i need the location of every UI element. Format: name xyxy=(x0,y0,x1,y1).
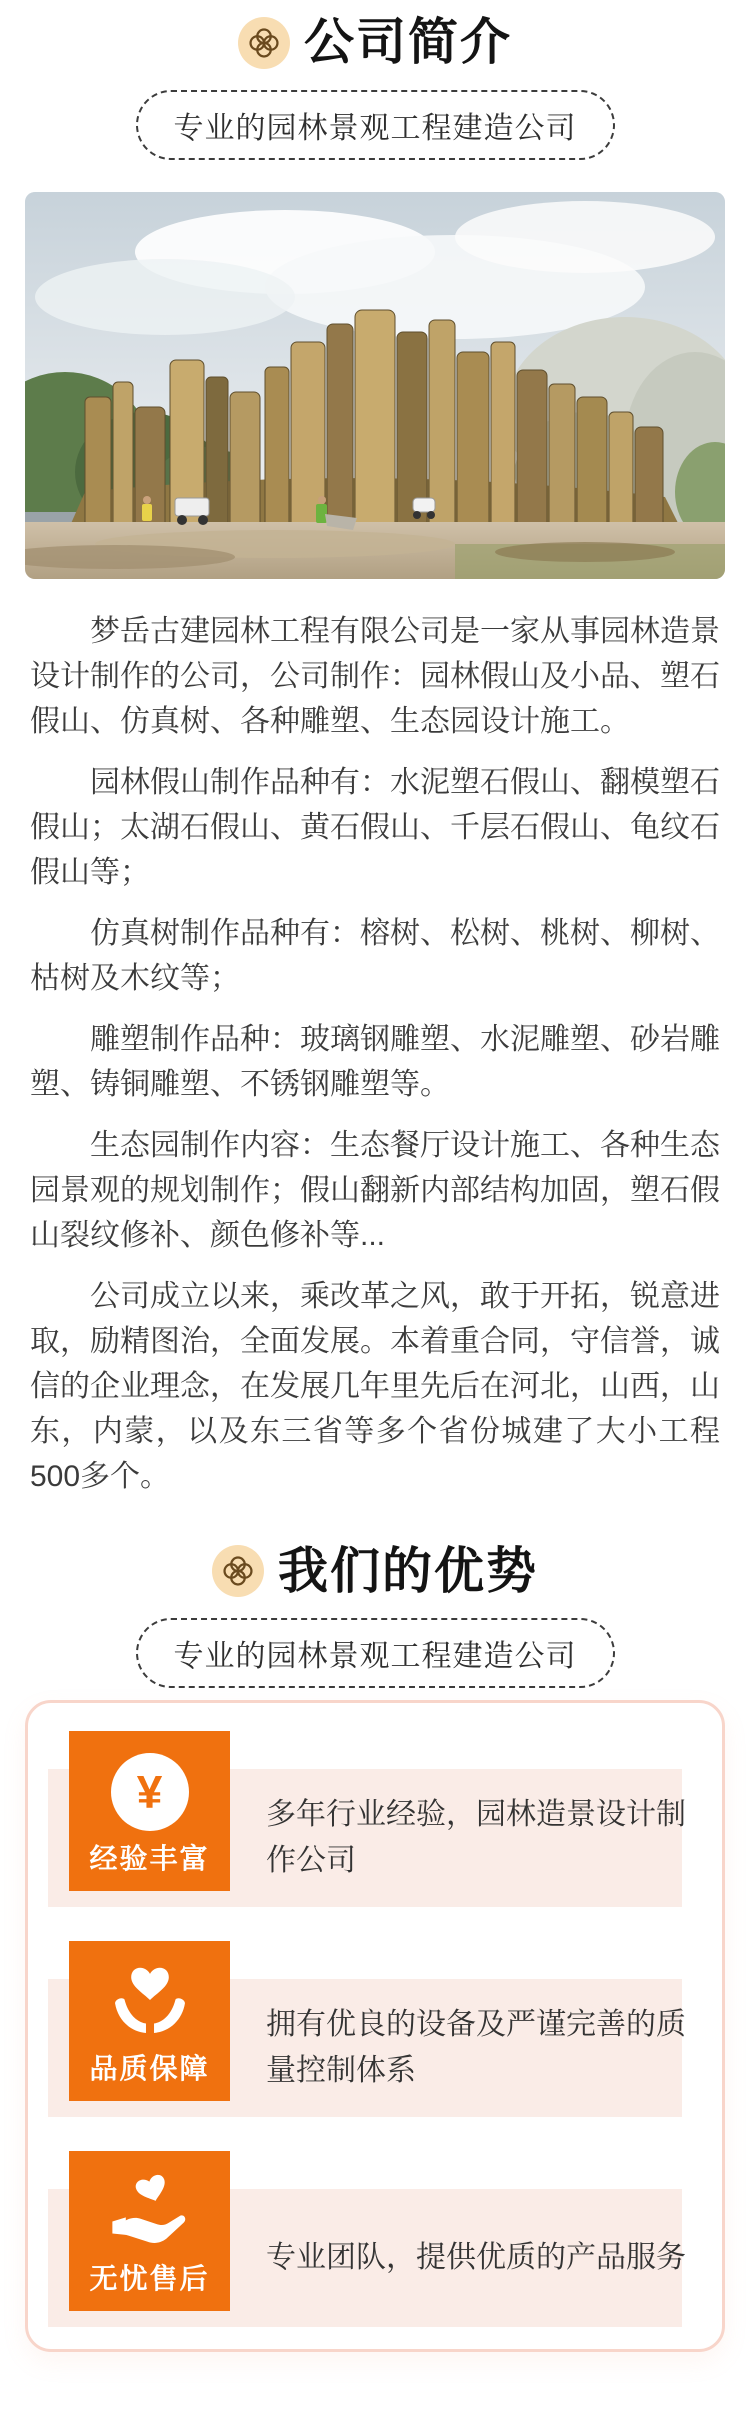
advantage-description: 拥有优良的设备及严谨完善的质量控制体系 xyxy=(266,1979,686,2117)
advantages-title: 我们的优势 xyxy=(278,1543,538,1601)
company-intro-page: 公司简介 专业的园林景观工程建造公司 xyxy=(0,0,750,2427)
advantage-description: 多年行业经验，园林造景设计制作公司 xyxy=(266,1769,686,1907)
intro-paragraph: 公司成立以来，乘改革之风，敢于开拓，锐意进取，励精图治，全面发展。本着重合同，守… xyxy=(30,1274,720,1499)
intro-paragraph: 生态园制作内容：生态餐厅设计施工、各种生态园景观的规划制作；假山翻新内部结构加固… xyxy=(30,1123,720,1258)
advantage-tile: ¥ 经验丰富 xyxy=(69,1731,230,1891)
advantage-item-quality: 品质保障 拥有优良的设备及严谨完善的质量控制体系 xyxy=(28,1941,722,2101)
intro-paragraphs: 梦岳古建园林工程有限公司是一家从事园林造景设计制作的公司，公司制作：园林假山及小… xyxy=(30,609,720,1499)
intro-paragraph: 梦岳古建园林工程有限公司是一家从事园林造景设计制作的公司，公司制作：园林假山及小… xyxy=(30,609,720,744)
advantage-item-experience: ¥ 经验丰富 多年行业经验，园林造景设计制作公司 xyxy=(28,1731,722,1891)
intro-subtitle-badge: 专业的园林景观工程建造公司 xyxy=(136,90,615,160)
intro-section-heading: 公司简介 xyxy=(0,14,750,72)
hand-holding-heart-icon xyxy=(107,2165,193,2251)
advantage-label: 经验丰富 xyxy=(89,1837,209,1877)
yen-icon: ¥ xyxy=(111,1753,189,1831)
advantage-tile: 无忧售后 xyxy=(69,2151,230,2311)
intro-paragraph: 雕塑制作品种：玻璃钢雕塑、水泥雕塑、砂岩雕塑、铸铜雕塑、不锈钢雕塑等。 xyxy=(30,1017,720,1107)
heart-in-hands-icon xyxy=(107,1955,193,2041)
advantage-tile: 品质保障 xyxy=(69,1941,230,2101)
intro-paragraph: 仿真树制作品种有：榕树、松树、桃树、柳树、枯树及木纹等； xyxy=(30,911,720,1001)
advantage-label: 无忧售后 xyxy=(89,2257,209,2297)
intro-paragraph: 园林假山制作品种有：水泥塑石假山、翻模塑石假山；太湖石假山、黄石假山、千层石假山… xyxy=(30,760,720,895)
advantage-description: 专业团队，提供优质的产品服务 xyxy=(266,2189,686,2327)
advantages-card: ¥ 经验丰富 多年行业经验，园林造景设计制作公司 品质保障 拥有优良的设备及严谨… xyxy=(25,1700,725,2352)
chinese-knot-icon xyxy=(212,1545,264,1597)
advantage-item-aftersales: 无忧售后 专业团队，提供优质的产品服务 xyxy=(28,2151,722,2311)
advantages-subtitle-badge: 专业的园林景观工程建造公司 xyxy=(136,1618,615,1688)
advantage-label: 品质保障 xyxy=(89,2047,209,2087)
intro-title: 公司简介 xyxy=(304,14,512,72)
chinese-knot-icon xyxy=(238,17,290,69)
advantages-section-heading: 我们的优势 xyxy=(0,1543,750,1601)
company-photo xyxy=(25,192,725,579)
